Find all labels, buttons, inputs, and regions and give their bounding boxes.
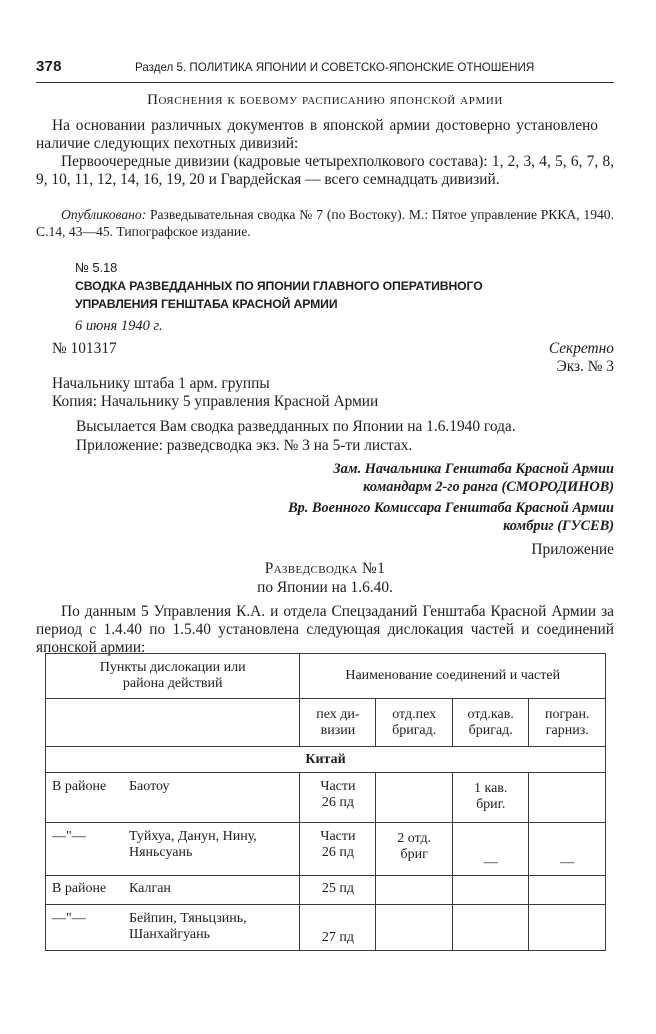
explanations-paragraph-1: На основании различных документов в япон… [20,117,598,153]
inf-div-cell: 27 пд [300,905,376,951]
published-note: Опубликовано: Разведывательная сводка № … [36,206,614,240]
inf-div-cell: Части 26 пд [300,823,376,876]
location-prefix: В районе [52,881,129,897]
table-row: —"—Туйхуа, Данун, Нину, Няньсуань Части … [46,823,606,876]
document-reg-number: № 101317 [52,340,117,358]
copy-number: Экз. № 3 [400,358,614,376]
subheader-inf-brig: отд.пех бригад. [376,699,452,747]
appendix-title: Разведсводка №1 [36,560,614,578]
explanations-paragraph-2: Первоочередные дивизии (кадровые четырех… [36,153,614,189]
document-body-2: Приложение: разведсводка экз. № 3 на 5-т… [76,437,616,455]
signature-1-line-1: Зам. Начальника Генштаба Красной Армии [200,460,614,478]
header-location: Пункты дислокации или района действий [46,654,300,699]
location-cell: —"—Бейпин, Тяньцзинь, Шанхайгуань [46,905,300,951]
appendix-subtitle: по Японии на 1.6.40. [36,579,614,597]
section-title: Раздел 5. ПОЛИТИКА ЯПОНИИ И СОВЕТСКО-ЯПО… [135,61,534,74]
appendix-intro: По данным 5 Управления К.А. и отдела Спе… [36,603,614,657]
location-cell: В районеКалган [46,876,300,905]
location-place: Калган [129,881,289,897]
inf-brig-cell [376,876,452,905]
location-cell: В районеБаотоу [46,773,300,823]
border-cell [529,876,606,905]
border-cell [529,905,606,951]
location-prefix: —"— [52,829,129,845]
page-number: 378 [36,58,62,75]
subheader-border: погран. гарниз. [529,699,606,747]
explanations-title: Пояснения к боевому расписанию японской … [36,92,614,109]
document-body-1: Высылается Вам сводка разведданных по Яп… [76,418,616,436]
cav-brig-cell [452,905,529,951]
cav-brig-cell: 1 кав. бриг. [452,773,529,823]
inf-brig-cell [376,773,452,823]
location-cell: —"—Туйхуа, Данун, Нину, Няньсуань [46,823,300,876]
document-number: № 5.18 [75,259,117,278]
document-title-line-1: СВОДКА РАЗВЕДДАННЫХ ПО ЯПОНИИ ГЛАВНОГО О… [75,277,483,296]
published-label: Опубликовано: [61,207,146,222]
inf-div-cell: Части 26 пд [300,773,376,823]
location-place: Туйхуа, Данун, Нину, Няньсуань [129,829,289,861]
signature-2-line-1: Вр. Военного Комиссара Генштаба Красной … [200,499,614,517]
cav-brig-cell: — [452,823,529,876]
copy-to: Копия: Начальнику 5 управления Красной А… [52,393,612,411]
secrecy-stamp: Секретно [400,340,614,358]
table-row: В районеБаотоу Части 26 пд 1 кав. бриг. [46,773,606,823]
border-cell [529,773,606,823]
location-place: Бейпин, Тяньцзинь, Шанхайгуань [129,911,289,943]
table-row: В районеКалган 25 пд [46,876,606,905]
location-place: Баотоу [129,779,289,795]
inf-div-cell: 25 пд [300,876,376,905]
header-units-text: Наименование соединений и частей [345,668,560,683]
subheader-inf-div: пех ди- визии [300,699,376,747]
header-location-text: Пункты дислокации или района действий [83,660,263,692]
header-location-empty [46,699,300,747]
subheader-cav-brig: отд.кав. бригад. [452,699,529,747]
border-cell: — [529,823,606,876]
appendix-label: Приложение [400,541,614,559]
location-prefix: В районе [52,779,129,795]
addressee: Начальнику штаба 1 арм. группы [52,375,612,393]
location-prefix: —"— [52,911,129,927]
table-row: —"—Бейпин, Тяньцзинь, Шанхайгуань 27 пд [46,905,606,951]
dislocation-table: Пункты дислокации или района действий На… [45,653,606,951]
inf-brig-cell [376,905,452,951]
inf-brig-cell: 2 отд. бриг [376,823,452,876]
header-units: Наименование соединений и частей [300,654,606,699]
group-china: Китай [46,747,606,773]
cav-brig-cell [452,876,529,905]
signature-1-line-2: командарм 2-го ранга (СМОРОДИНОВ) [200,478,614,496]
document-date: 6 июня 1940 г. [75,318,163,335]
document-title-line-2: УПРАВЛЕНИЯ ГЕНШТАБА КРАСНОЙ АРМИИ [75,295,338,314]
signature-2-line-2: комбриг (ГУСЕВ) [200,517,614,535]
running-header: 378 Раздел 5. ПОЛИТИКА ЯПОНИИ И СОВЕТСКО… [36,58,614,83]
